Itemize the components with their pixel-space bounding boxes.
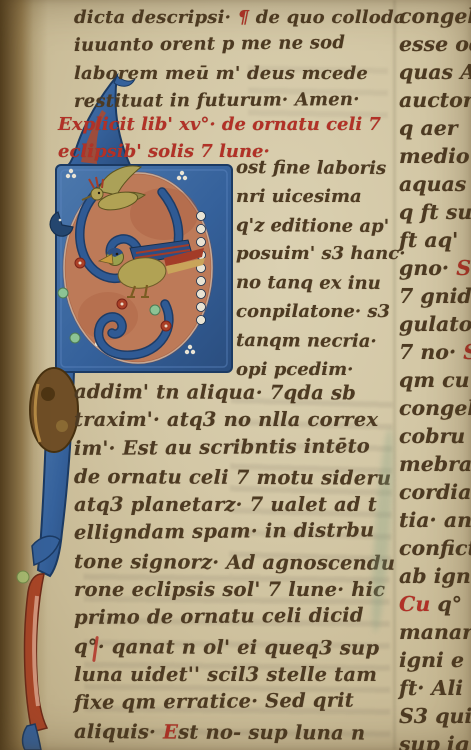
text-line: fixe qm erratice· Sed qrit [74,686,395,717]
text-line: mebra 7 [399,450,471,478]
red-touched-capital: E [163,720,178,743]
initial-descender [17,368,78,750]
text-line: tanqm necria· [236,327,406,357]
line-text: 7 no· [399,340,463,364]
text-line: aliquis· Est no- sup luna n [74,718,395,748]
red-touched-capital: S [463,340,471,364]
text-line: no tanq ex inu [236,269,406,299]
text-line: q ft su [399,198,471,226]
closing-paragraph: dicta descripsi· ¶ de quo colloda iuuant… [74,4,406,116]
text-line: atq3 planetarz· 7 ualet ad t [74,491,395,519]
line-text: de quo colloda [256,7,406,28]
main-text-block: addim' tn aliqua· 7qda sb traxim'· atq3 … [74,378,395,746]
text-line: cordia· [399,478,471,506]
red-touched-capital: S [456,256,471,280]
descender-knob [30,368,78,452]
text-line: ft aq' [399,226,471,254]
text-line: traxim'· atq3 no nlla correx [74,406,395,434]
text-line: S3 quid [399,702,471,730]
text-line: auctor [399,86,471,114]
line-text: aliquis· [74,720,163,743]
rubric-line: Explicit lib' xv°· de ornatu celi 7 [58,111,381,138]
line-text: q° [430,592,462,616]
adjacent-column-text: congel esse od quas A auctor q aer medio… [399,2,471,750]
text-line: primo de ornatu celi dicid [74,602,395,633]
text-line: manar [399,618,471,646]
text-line: q°· qanat n ol' ei queq3 sup [74,633,395,663]
text-line: q'z editione ap' [236,212,406,242]
text-line: gulato [399,310,471,338]
text-line: nri uicesima [236,183,405,212]
manuscript-page: P [0,0,471,750]
text-line: congel [399,394,471,422]
text-line: elligndam spam· in distrbu [74,517,395,548]
text-beside-initial: ost fine laboris nri uicesima q'z editio… [236,154,405,384]
text-line: Cu q° [399,590,471,618]
text-line: luna uidet'' scil3 stelle tam [74,661,395,689]
text-line: iuuanto orent p me ne sod [74,29,406,60]
text-line: aquas [399,170,471,198]
text-line: igni e [399,646,471,674]
text-line: posuim' s3 hanc· [236,240,405,269]
text-line: esse od [399,30,471,58]
text-line: tia· an [399,506,471,534]
text-line: ab ign' [399,562,471,590]
line-text: st no- sup luna n [178,720,365,744]
text-line: ost fine laboris [236,154,406,184]
line-text: gno· [399,256,456,280]
text-line: quas A [399,58,471,86]
text-line: confict [399,534,471,562]
text-line: qm cu [399,366,471,394]
text-line: gno· S [399,254,471,282]
text-line: 7 gnid [399,282,471,310]
text-line: dicta descripsi· ¶ de quo colloda [74,4,406,32]
text-line: laborem meū m' deus mcede [74,60,406,88]
text-line: sup ig [399,730,471,750]
text-line: im'· Est au scribntis intēto [74,432,395,463]
line-text: dicta descripsi· [74,7,238,28]
text-line: q aer [399,114,471,142]
paragraph-mark: ¶ [238,7,256,28]
text-line: medio [399,142,471,170]
text-line: 7 no· S [399,338,471,366]
text-line: cobru [399,422,471,450]
text-line: tone signorz· Ad agnoscendu [74,548,395,578]
red-touched-capital: Cu [399,592,430,616]
bead-ornament [197,212,206,325]
text-line: de ornatu celi 7 motu sideru [74,463,395,493]
text-line: addim' tn aliqua· 7qda sb [74,378,395,408]
text-line: rone eclipsis sol' 7 lune· hic [74,576,395,604]
text-line: ft· Ali [399,674,471,702]
text-line: conpilatone· s3 [236,298,405,327]
text-line: congel [399,2,471,30]
